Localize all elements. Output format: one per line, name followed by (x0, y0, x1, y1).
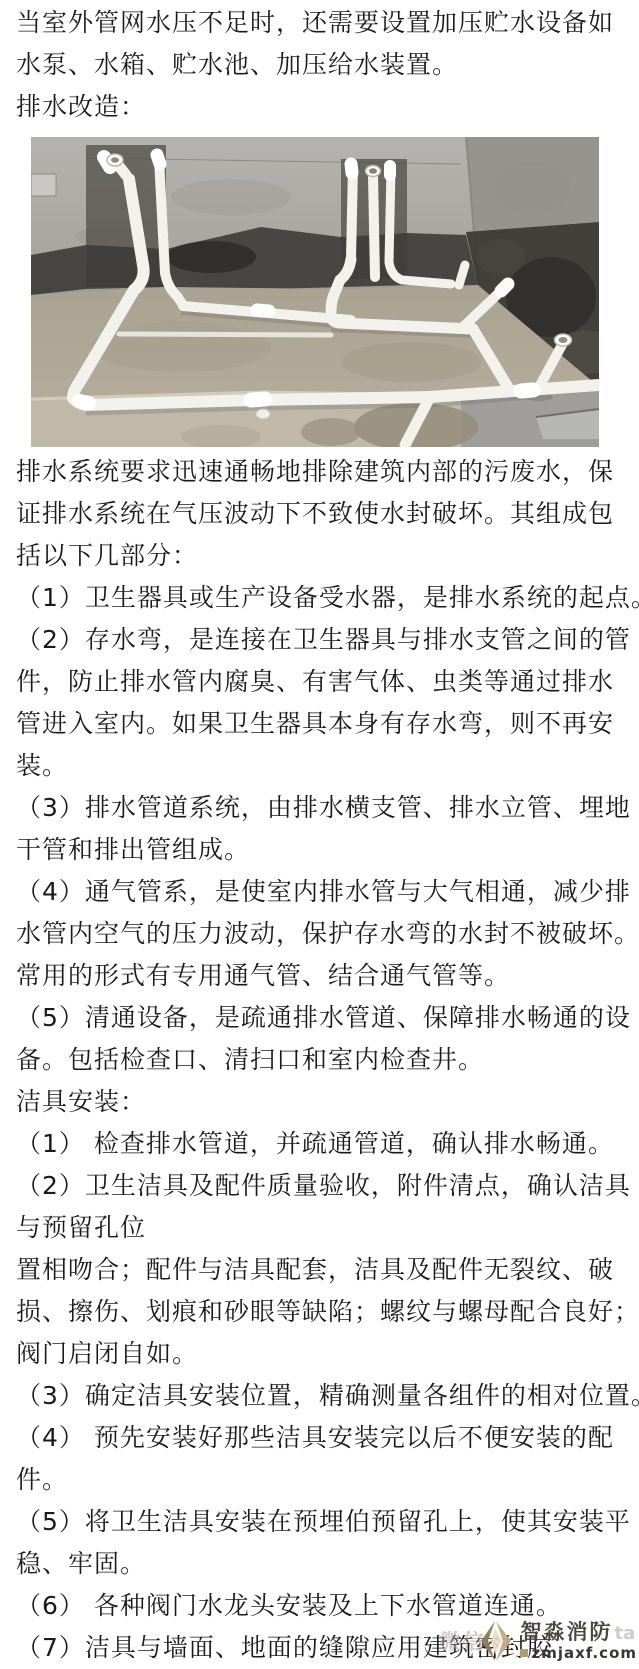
list-item-1-fixtures: （1）卫生器具或生产设备受水器，是排水系统的起点。 (0, 577, 639, 619)
pipes-photo-image (31, 137, 599, 447)
pipes-photo (31, 137, 599, 447)
install-step-2: （2）卫生洁具及配件质量验收，附件清点，确认洁具 与预留孔位 (0, 1165, 639, 1249)
install-step-2-continued: 置相吻合；配件与洁具配套，洁具及配件无裂纹、破 损、擦伤、划痕和砂眼等缺陷；螺纹… (0, 1249, 639, 1375)
list-item-5-cleaning-equipment: （5）清通设备，是疏通排水管道、保障排水畅通的设 备。包括检查口、清扫口和室内检… (0, 997, 639, 1081)
install-step-4: （4） 预先安装好那些洁具安装完以后不便安装的配 件。 (0, 1417, 639, 1501)
paragraph-drainage-system: 排水系统要求迅速通畅地排除建筑内部的污废水，保 证排水系统在气压波动下不致使水封… (0, 451, 639, 577)
zhimiao-diamond-logo-icon (475, 1618, 517, 1664)
list-item-2-trap: （2）存水弯，是连接在卫生器具与排水支管之间的管 件，防止排水管内腐臭、有害气体… (0, 619, 639, 787)
article-page: 当室外管网水压不足时，还需要设置加压贮水设备如 水泵、水箱、贮水池、加压给水装置… (0, 0, 639, 1669)
paragraph-water-pressure: 当室外管网水压不足时，还需要设置加压贮水设备如 水泵、水箱、贮水池、加压给水装置… (0, 2, 639, 86)
watermark-brand-name: 智淼消防 (520, 1622, 612, 1643)
watermark-domain-bullet-icon (520, 1649, 528, 1657)
install-step-3: （3）确定洁具安装位置，精确测量各组件的相对位置。 (0, 1375, 639, 1417)
watermark-faint-suffix: ta (614, 1625, 635, 1643)
heading-drainage-renovation: 排水改造： (0, 86, 639, 128)
site-watermark: 微信 智淼消防 ta zmjaxf.com (439, 1615, 637, 1667)
watermark-text-column: 智淼消防 ta zmjaxf.com (520, 1622, 637, 1661)
install-step-1: （1） 检查排水管道，并疏通管道，确认排水畅通。 (0, 1123, 639, 1165)
list-item-3-pipe-system: （3）排水管道系统，由排水横支管、排水立管、埋地 干管和排出管组成。 (0, 787, 639, 871)
body-paragraphs: 排水系统要求迅速通畅地排除建筑内部的污废水，保 证排水系统在气压波动下不致使水封… (0, 451, 639, 1669)
watermark-domain: zmjaxf.com (531, 1646, 637, 1661)
intro-paragraphs: 当室外管网水压不足时，还需要设置加压贮水设备如 水泵、水箱、贮水池、加压给水装置… (0, 2, 639, 128)
heading-fixture-installation: 洁具安装： (0, 1081, 639, 1123)
list-item-4-vent-system: （4）通气管系，是使室内排水管与大气相通，减少排 水管内空气的压力波动，保护存水… (0, 871, 639, 997)
install-step-5: （5）将卫生洁具安装在预埋伯预留孔上，使其安装平 稳、牢固。 (0, 1501, 639, 1585)
